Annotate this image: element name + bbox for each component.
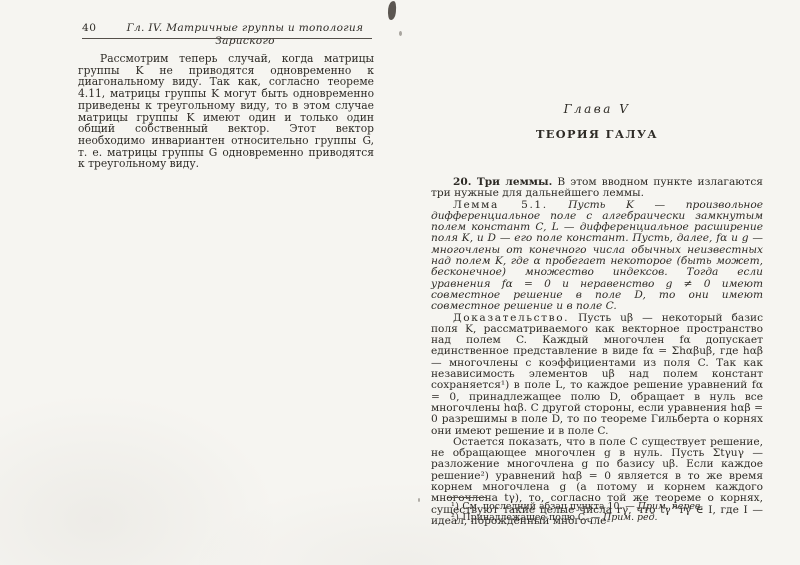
lemma-lead: Лемма 5.1. bbox=[453, 199, 548, 211]
section-intro-paragraph: 20. Три леммы. В этом вводном пункте изл… bbox=[431, 177, 763, 200]
footnote-1-attribution: Прим. перев. bbox=[638, 501, 704, 512]
running-title: Гл. IV. Матричные группы и топология Зар… bbox=[116, 22, 374, 48]
right-page-body: 20. Три леммы. В этом вводном пункте изл… bbox=[431, 177, 763, 527]
left-page-paragraph: Рассмотрим теперь случай, когда матрицы … bbox=[78, 53, 374, 170]
footnote-2-text: Принадлежащее полю C. — bbox=[459, 512, 603, 523]
footnote-1-text: См. последний абзац пункта 10. — bbox=[459, 501, 637, 512]
footnote-2-attribution: Прим. ред. bbox=[603, 512, 657, 523]
ink-speck bbox=[418, 498, 420, 502]
proof-lead: Доказательство. bbox=[453, 312, 569, 324]
header-rule bbox=[82, 38, 372, 39]
proof-paragraph: Доказательство. Пусть uβ — некоторый баз… bbox=[431, 313, 763, 437]
ink-speck bbox=[399, 31, 402, 36]
chapter-heading: Глава V bbox=[431, 102, 763, 116]
section-number-lead: 20. Три леммы. bbox=[453, 176, 552, 188]
book-scan-page: 40 Гл. IV. Матричные группы и топология … bbox=[0, 0, 800, 565]
ink-smudge bbox=[387, 1, 397, 21]
footnote-2: ²) Принадлежащее полю C. — Прим. ред. bbox=[431, 512, 763, 523]
footnotes: ¹) См. последний абзац пункта 10. — Прим… bbox=[431, 501, 763, 523]
lemma-paragraph: Лемма 5.1. Пусть K — произвольное диффер… bbox=[431, 200, 763, 313]
footnote-1: ¹) См. последний абзац пункта 10. — Прим… bbox=[431, 501, 763, 512]
footnote-rule bbox=[448, 497, 486, 498]
lemma-text: Пусть K — произвольное дифференциальное … bbox=[431, 199, 763, 313]
left-page-header: 40 Гл. IV. Матричные группы и топология … bbox=[82, 22, 374, 48]
proof-text: Пусть uβ — некоторый базис поля K, рассм… bbox=[431, 312, 763, 437]
page-number: 40 bbox=[82, 22, 116, 35]
chapter-title: ТЕОРИЯ ГАЛУА bbox=[431, 127, 763, 141]
